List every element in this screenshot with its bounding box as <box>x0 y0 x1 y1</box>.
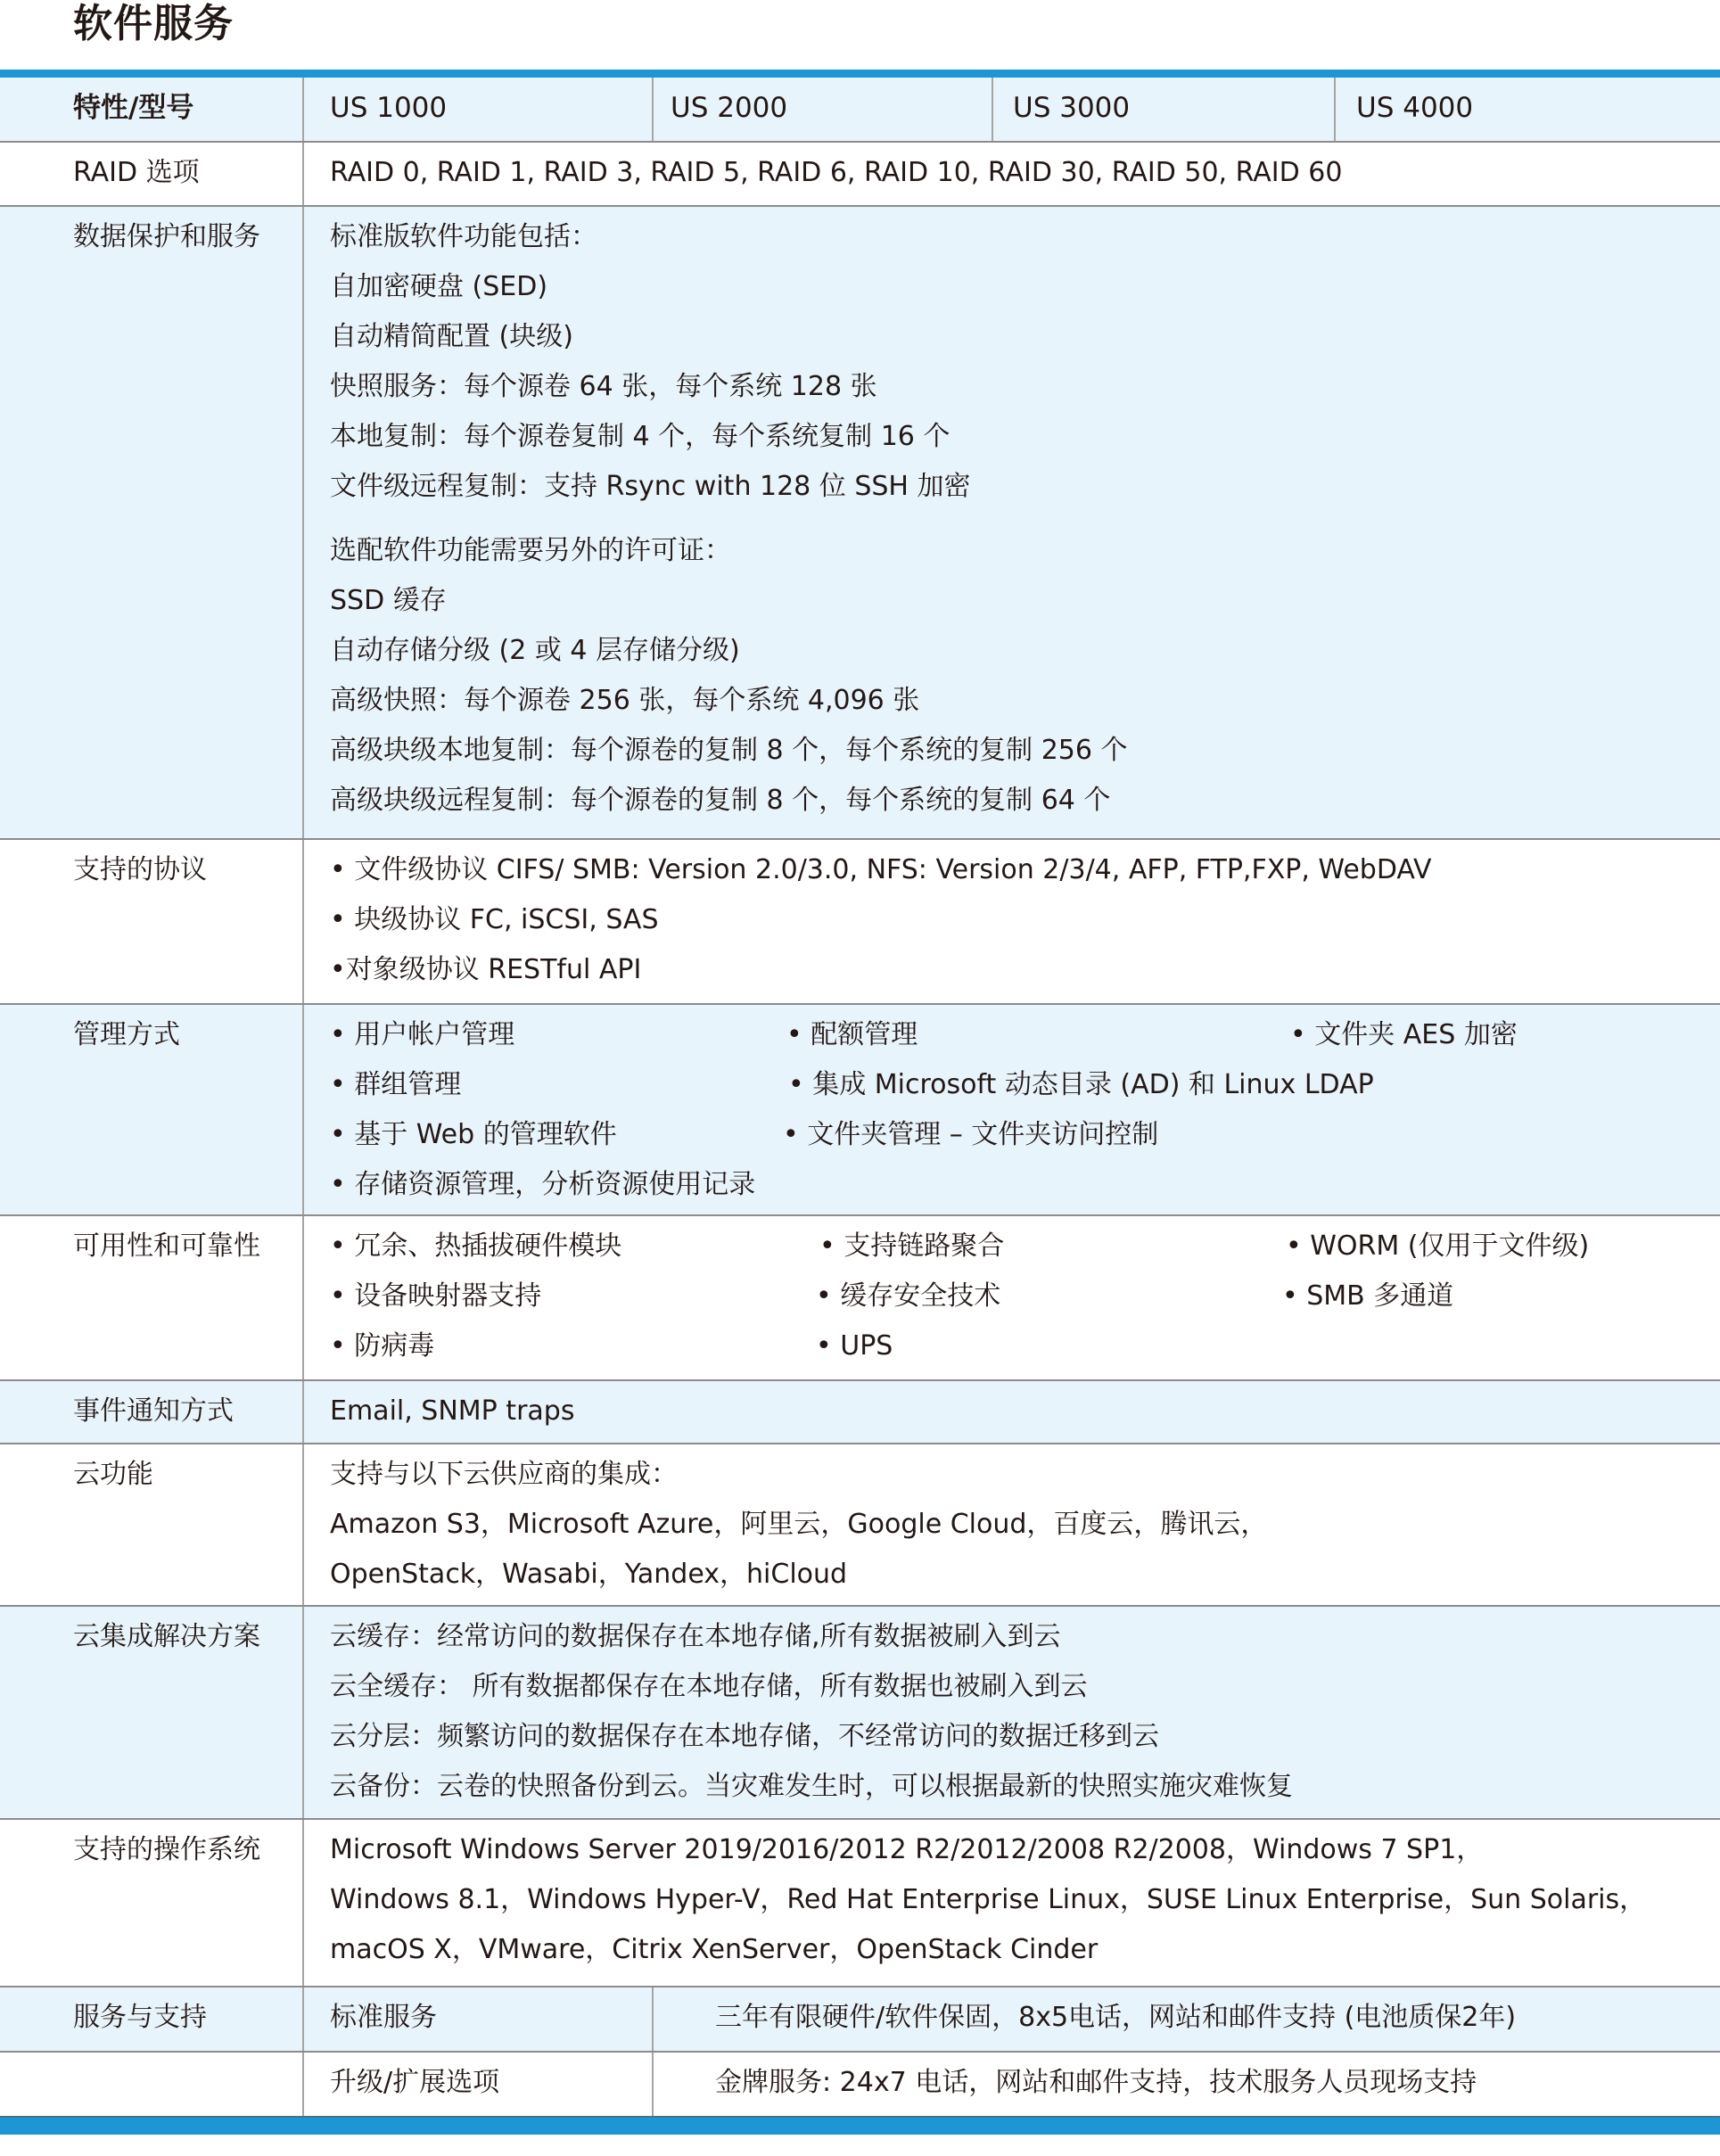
standard-service-value: 三年有限硬件/软件保固，8x5电话，网站和邮件支持 (电池质保2年) <box>715 2000 1516 2036</box>
list-item: 高级块级远程复制：每个源卷的复制 8 个，每个系统的复制 64 个 <box>330 783 1128 833</box>
list-item: • SMB 多通道 <box>1282 1279 1453 1314</box>
row-label: 支持的操作系统 <box>73 1832 260 1868</box>
row-label: RAID 选项 <box>73 155 200 191</box>
table-row-management: 管理方式 • 用户帐户管理 • 配额管理 • 文件夹 AES 加密 • 群组管理… <box>0 1005 1720 1216</box>
list-item: • 冗余、热插拔硬件模块 <box>330 1229 621 1264</box>
table-row-cloud: 云功能 支持与以下云供应商的集成： Amazon S3，Microsoft Az… <box>0 1444 1720 1607</box>
list-item: 自加密硬盘 (SED) <box>330 269 1128 319</box>
bottom-accent-bar <box>0 2116 1720 2135</box>
column-divider <box>302 840 304 1003</box>
row-label: 云功能 <box>73 1457 153 1493</box>
os-list: Microsoft Windows Server 2019/2016/2012 … <box>330 1832 1646 1982</box>
list-item: 支持与以下云供应商的集成： <box>330 1457 1267 1507</box>
top-accent-bar <box>0 70 1720 78</box>
table-row-service-upgrade: 升级/扩展选项 金牌服务: 24x7 电话，网站和邮件支持，技术服务人员现场支持 <box>0 2053 1720 2116</box>
column-divider <box>302 2053 304 2116</box>
model-header-us3000: US 3000 <box>1013 90 1130 126</box>
list-item: 选配软件功能需要另外的许可证： <box>330 533 1128 583</box>
list-item: • 块级协议 FC, iSCSI, SAS <box>330 902 1432 952</box>
list-item: Windows 8.1，Windows Hyper-V，Red Hat Ente… <box>330 1882 1646 1932</box>
feature-model-header: 特性/型号 <box>73 90 193 126</box>
cloud-list: 支持与以下云供应商的集成： Amazon S3，Microsoft Azure，… <box>330 1457 1267 1607</box>
table-row-availability: 可用性和可靠性 • 冗余、热插拔硬件模块 • 支持链路聚合 • WORM (仅用… <box>0 1216 1720 1381</box>
list-item: 本地复制：每个源卷复制 4 个，每个系统复制 16 个 <box>330 419 1128 469</box>
event-notification-value: Email, SNMP traps <box>330 1394 574 1429</box>
list-item: 高级快照：每个源卷 256 张，每个系统 4,096 张 <box>330 683 1128 733</box>
column-divider <box>302 1607 304 1818</box>
table-row-service-standard: 服务与支持 标准服务 三年有限硬件/软件保固，8x5电话，网站和邮件支持 (电池… <box>0 1987 1720 2053</box>
standard-service-label: 标准服务 <box>330 2000 437 2036</box>
column-divider <box>302 1444 304 1605</box>
table-row-protocols: 支持的协议 • 文件级协议 CIFS/ SMB: Version 2.0/3.0… <box>0 840 1720 1005</box>
list-item: 快照服务：每个源卷 64 张，每个系统 128 张 <box>330 369 1128 419</box>
availability-grid: • 冗余、热插拔硬件模块 • 支持链路聚合 • WORM (仅用于文件级) • … <box>330 1229 1685 1378</box>
list-item: macOS X，VMware，Citrix XenServer，OpenStac… <box>330 1932 1646 1982</box>
list-item: • UPS <box>816 1329 893 1364</box>
table-row-raid: RAID 选项 RAID 0, RAID 1, RAID 3, RAID 5, … <box>0 143 1720 207</box>
list-item: 云备份：云卷的快照备份到云。当灾难发生时，可以根据最新的快照实施灾难恢复 <box>330 1769 1293 1819</box>
column-divider <box>302 1987 304 2051</box>
page-title: 软件服务 <box>73 2 234 46</box>
list-item: • 防病毒 <box>330 1329 434 1364</box>
column-divider <box>302 1820 304 1986</box>
data-protection-list: 标准版软件功能包括： 自加密硬盘 (SED) 自动精简配置 (块级) 快照服务：… <box>330 219 1128 833</box>
row-label: 可用性和可靠性 <box>73 1229 260 1264</box>
protocols-list: • 文件级协议 CIFS/ SMB: Version 2.0/3.0, NFS:… <box>330 852 1432 1002</box>
row-label: 管理方式 <box>73 1017 180 1053</box>
column-divider <box>652 2053 654 2116</box>
list-item: 标准版软件功能包括： <box>330 219 1128 269</box>
column-divider <box>302 143 304 205</box>
column-divider <box>652 78 654 141</box>
list-item: 自动精简配置 (块级) <box>330 319 1128 369</box>
list-item: • 缓存安全技术 <box>816 1279 1000 1314</box>
list-item: 自动存储分级 (2 或 4 层存储分级) <box>330 633 1128 683</box>
table-row-data-protection: 数据保护和服务 标准版软件功能包括： 自加密硬盘 (SED) 自动精简配置 (块… <box>0 207 1720 840</box>
list-item: 高级块级本地复制：每个源卷的复制 8 个，每个系统的复制 256 个 <box>330 733 1128 783</box>
row-label: 云集成解决方案 <box>73 1619 260 1655</box>
upgrade-option-label: 升级/扩展选项 <box>330 2065 499 2101</box>
list-item: •对象级协议 RESTful API <box>330 952 1432 1002</box>
table-row-events: 事件通知方式 Email, SNMP traps <box>0 1381 1720 1444</box>
row-label: 服务与支持 <box>73 2000 207 2036</box>
upgrade-option-value: 金牌服务: 24x7 电话，网站和邮件支持，技术服务人员现场支持 <box>715 2065 1477 2101</box>
list-item: • 集成 Microsoft 动态目录 (AD) 和 Linux LDAP <box>788 1067 1374 1103</box>
list-item: • 用户帐户管理 <box>330 1017 514 1053</box>
row-label: 数据保护和服务 <box>73 219 260 255</box>
column-divider <box>992 78 993 141</box>
list-item: • 存储资源管理，分析资源使用记录 <box>330 1167 755 1203</box>
column-divider <box>302 207 304 838</box>
list-item: 文件级远程复制：支持 Rsync with 128 位 SSH 加密 <box>330 469 1128 519</box>
list-item: Microsoft Windows Server 2019/2016/2012 … <box>330 1832 1646 1882</box>
row-label: 支持的协议 <box>73 852 207 888</box>
list-item: 云缓存：经常访问的数据保存在本地存储,所有数据被刷入到云 <box>330 1619 1293 1669</box>
list-item: • 基于 Web 的管理软件 <box>330 1117 617 1153</box>
table-row-cloud-solutions: 云集成解决方案 云缓存：经常访问的数据保存在本地存储,所有数据被刷入到云 云全缓… <box>0 1607 1720 1820</box>
column-divider <box>652 1987 654 2051</box>
model-header-us2000: US 2000 <box>671 90 787 126</box>
model-header-us4000: US 4000 <box>1356 90 1473 126</box>
column-divider <box>302 1216 304 1379</box>
list-item: • WORM (仅用于文件级) <box>1286 1229 1589 1264</box>
column-divider <box>302 1381 304 1443</box>
cloud-solutions-list: 云缓存：经常访问的数据保存在本地存储,所有数据被刷入到云 云全缓存： 所有数据都… <box>330 1619 1293 1819</box>
list-item: • 设备映射器支持 <box>330 1279 541 1314</box>
column-divider <box>302 78 304 141</box>
column-divider <box>302 1005 304 1214</box>
list-item: • 支持链路聚合 <box>819 1229 1004 1264</box>
list-item: 云全缓存： 所有数据都保存在本地存储，所有数据也被刷入到云 <box>330 1669 1293 1719</box>
list-item: SSD 缓存 <box>330 583 1128 633</box>
table-header-row: 特性/型号 US 1000 US 2000 US 3000 US 4000 <box>0 78 1720 143</box>
management-grid: • 用户帐户管理 • 配额管理 • 文件夹 AES 加密 • 群组管理 • 集成… <box>330 1017 1685 1217</box>
list-item: Amazon S3，Microsoft Azure，阿里云，Google Clo… <box>330 1507 1267 1557</box>
raid-options-value: RAID 0, RAID 1, RAID 3, RAID 5, RAID 6, … <box>330 155 1342 191</box>
row-label: 事件通知方式 <box>73 1394 234 1429</box>
list-item: • 文件夹管理 – 文件夹访问控制 <box>783 1117 1158 1153</box>
list-item: 云分层：频繁访问的数据保存在本地存储，不经常访问的数据迁移到云 <box>330 1719 1293 1769</box>
spacer <box>330 519 1128 533</box>
model-header-us1000: US 1000 <box>330 90 447 126</box>
list-item: • 文件级协议 CIFS/ SMB: Version 2.0/3.0, NFS:… <box>330 852 1432 902</box>
list-item: • 群组管理 <box>330 1067 461 1103</box>
list-item: OpenStack，Wasabi，Yandex，hiCloud <box>330 1557 1267 1607</box>
table-row-os: 支持的操作系统 Microsoft Windows Server 2019/20… <box>0 1820 1720 1987</box>
list-item: • 配额管理 <box>786 1017 918 1053</box>
list-item: • 文件夹 AES 加密 <box>1290 1017 1518 1053</box>
column-divider <box>1334 78 1336 141</box>
